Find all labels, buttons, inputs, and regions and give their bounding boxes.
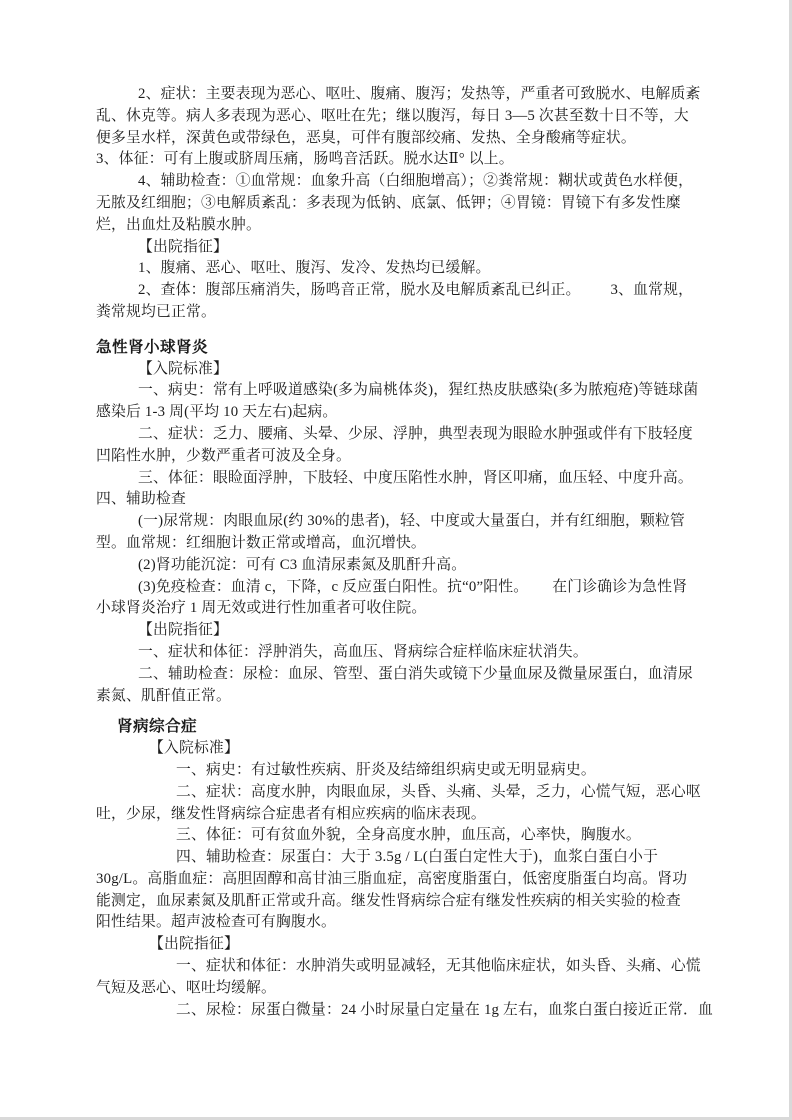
text-run: 四、辅助检查：尿蛋白：大于 3.5g / L(白蛋白定性大于)，血浆白蛋白小于 xyxy=(176,849,658,865)
text-line: 二、症状：乏力、腰痛、头晕、少尿、浮肿，典型表现为眼睑水肿强或伴有下肢轻度 xyxy=(96,424,704,446)
text-line: 三、体征：可有贫血外貌，全身高度水肿，血压高，心率快，胸腹水。 xyxy=(96,825,704,847)
text-run: 3、体征：可有上腹或脐周压痛，肠鸣音活跃。脱水达Ⅱ° 以上。 xyxy=(96,151,514,167)
text-run: 二、症状：高度水肿，肉眼血尿，头昏、头痛、头晕，乏力，心慌气短，恶心呕 xyxy=(176,784,701,800)
text-line: 【入院标准】 xyxy=(96,738,704,760)
text-line: 气短及恶心、呕吐均缓解。 xyxy=(96,978,704,1000)
text-line: 一、病史：有过敏性疾病、肝炎及结缔组织病史或无明显病史。 xyxy=(96,760,704,782)
text-run: (2)肾功能沉淀：可有 C3 血清尿素氮及肌酐升高。 xyxy=(138,557,466,573)
text-line: 便多呈水样，深黄色或带绿色，恶臭，可伴有腹部绞痛、发热、全身酸痛等症状。 xyxy=(96,128,704,150)
text-run: 一、病史：常有上呼吸道感染(多为扁桃体炎)，猩红热皮肤感染(多为脓疱疮)等链球菌 xyxy=(138,382,698,398)
text-line: 1、腹痛、恶心、呕吐、腹泻、发冷、发热均已缓解。 xyxy=(96,258,704,280)
section-heading: 肾病综合症 xyxy=(96,716,704,738)
text-line: 【出院指征】 xyxy=(96,237,704,259)
section-acute-glomerulonephritis: 急性肾小球肾炎【入院标准】一、病史：常有上呼吸道感染(多为扁桃体炎)，猩红热皮肤… xyxy=(96,337,704,708)
text-line: 小球肾炎治疗 1 周无效或进行性加重者可收住院。 xyxy=(96,598,704,620)
text-run: 二、症状：乏力、腰痛、头晕、少尿、浮肿，典型表现为眼睑水肿强或伴有下肢轻度 xyxy=(138,426,693,442)
text-run: 【出院指征】 xyxy=(149,936,239,952)
text-line: 二、辅助检查：尿检：血尿、管型、蛋白消失或镜下少量血尿及微量尿蛋白，血清尿 xyxy=(96,664,704,686)
text-run: 阳性结果。超声波检查可有胸腹水。 xyxy=(96,914,336,930)
text-line: 无脓及红细胞；③电解质紊乱：多表现为低钠、底氯、低钾；④胃镜：胃镜下有多发性糜 xyxy=(96,193,704,215)
text-line: 3、体征：可有上腹或脐周压痛，肠鸣音活跃。脱水达Ⅱ° 以上。 xyxy=(96,149,704,171)
text-line: (2)肾功能沉淀：可有 C3 血清尿素氮及肌酐升高。 xyxy=(96,555,704,577)
text-line: 一、症状和体征：浮肿消失，高血压、肾病综合症样临床症状消失。 xyxy=(96,642,704,664)
text-run: 三、体征：可有贫血外貌，全身高度水肿，血压高，心率快，胸腹水。 xyxy=(176,827,641,843)
text-run: 气短及恶心、呕吐均缓解。 xyxy=(96,980,276,996)
section-heading: 急性肾小球肾炎 xyxy=(96,337,704,359)
text-line: 30g/L。高脂血症：高胆固醇和高甘油三脂血症，高密度脂蛋白，低密度脂蛋白均高。… xyxy=(96,869,704,891)
text-run: 2、查体：腹部压痛消失，肠鸣音正常，脱水及电解质紊乱已纠正。 xyxy=(138,282,581,298)
text-run: 便多呈水样，深黄色或带绿色，恶臭，可伴有腹部绞痛、发热、全身酸痛等症状。 xyxy=(96,130,636,146)
text-line: 一、症状和体征：水肿消失或明显减轻，无其他临床症状，如头昏、头痛、心慌 xyxy=(96,956,704,978)
text-line: 烂，出血灶及粘膜水肿。 xyxy=(96,215,704,237)
section-nephrotic-syndrome: 肾病综合症【入院标准】一、病史：有过敏性疾病、肝炎及结缔组织病史或无明显病史。二… xyxy=(96,716,704,1021)
text-line: 阳性结果。超声波检查可有胸腹水。 xyxy=(96,912,704,934)
text-run: 【出院指征】 xyxy=(138,622,228,638)
text-run: 三、体征：眼睑面浮肿，下肢轻、中度压陷性水肿，肾区叩痛，血压轻、中度升高。 xyxy=(138,470,693,486)
text-line: 四、辅助检查 xyxy=(96,489,704,511)
text-run: 2、症状：主要表现为恶心、呕吐、腹痛、腹泻；发热等，严重者可致脱水、电解质紊 xyxy=(138,86,701,102)
text-run: 二、尿检：尿蛋白微量：24 小时尿量白定量在 1g 左右，血浆白蛋白接近正常．血 xyxy=(176,1002,713,1018)
text-run: 小球肾炎治疗 1 周无效或进行性加重者可收住院。 xyxy=(96,600,426,616)
text-run: 4、辅助检查：①血常规：血象升高（白细胞增高）；②粪常规：糊状或黄色水样便， xyxy=(138,173,693,189)
text-line: 乱、休克等。病人多表现为恶心、呕吐在先；继以腹泻，每日 3—5 次甚至数十日不等… xyxy=(96,106,704,128)
text-run: 乱、休克等。病人多表现为恶心、呕吐在先；继以腹泻，每日 3—5 次甚至数十日不等… xyxy=(96,108,689,124)
section-gastroenteritis-continued: 2、症状：主要表现为恶心、呕吐、腹痛、腹泻；发热等，严重者可致脱水、电解质紊乱、… xyxy=(96,84,704,324)
text-line: 型。血常规：红细胞计数正常或增高，血沉增快。 xyxy=(96,533,704,555)
text-run: 吐，少尿，继发性肾病综合症患者有相应疾病的临床表现。 xyxy=(96,806,486,822)
document-content: 2、症状：主要表现为恶心、呕吐、腹痛、腹泻；发热等，严重者可致脱水、电解质紊乱、… xyxy=(96,84,704,1021)
text-run: 无脓及红细胞；③电解质紊乱：多表现为低钠、底氯、低钾；④胃镜：胃镜下有多发性糜 xyxy=(96,195,681,211)
text-line: 2、查体：腹部压痛消失，肠鸣音正常，脱水及电解质紊乱已纠正。3、血常规， xyxy=(96,280,704,302)
text-run: 能测定，血尿素氮及肌酐正常或升高。继发性肾病综合症有继发性疾病的相关实验的检查 xyxy=(96,893,681,909)
text-run: 1、腹痛、恶心、呕吐、腹泻、发冷、发热均已缓解。 xyxy=(138,260,491,276)
text-line: 二、尿检：尿蛋白微量：24 小时尿量白定量在 1g 左右，血浆白蛋白接近正常．血 xyxy=(96,1000,704,1022)
text-run: 一、症状和体征：水肿消失或明显减轻，无其他临床症状，如头昏、头痛、心慌 xyxy=(176,958,701,974)
text-line: 二、症状：高度水肿，肉眼血尿，头昏、头痛、头晕，乏力，心慌气短，恶心呕 xyxy=(96,782,704,804)
text-line: 吐，少尿，继发性肾病综合症患者有相应疾病的临床表现。 xyxy=(96,804,704,826)
text-run: 感染后 1-3 周(平均 10 天左右)起病。 xyxy=(96,404,337,420)
text-run: 30g/L。高脂血症：高胆固醇和高甘油三脂血症，高密度脂蛋白，低密度脂蛋白均高。… xyxy=(96,871,687,887)
text-line: (一)尿常规：肉眼血尿(约 30%的患者)，轻、中度或大量蛋白，并有红细胞，颗粒… xyxy=(96,511,704,533)
text-run: 四、辅助检查 xyxy=(96,491,186,507)
text-run: 烂，出血灶及粘膜水肿。 xyxy=(96,217,261,233)
text-run: 在门诊确诊为急性肾 xyxy=(552,579,687,595)
text-line: 能测定，血尿素氮及肌酐正常或升高。继发性肾病综合症有继发性疾病的相关实验的检查 xyxy=(96,891,704,913)
text-run: (一)尿常规：肉眼血尿(约 30%的患者)，轻、中度或大量蛋白，并有红细胞，颗粒… xyxy=(138,513,685,529)
text-line: 素氮、肌酐值正常。 xyxy=(96,686,704,708)
text-line: 四、辅助检查：尿蛋白：大于 3.5g / L(白蛋白定性大于)，血浆白蛋白小于 xyxy=(96,847,704,869)
text-run: 二、辅助检查：尿检：血尿、管型、蛋白消失或镜下少量血尿及微量尿蛋白，血清尿 xyxy=(138,666,693,682)
text-run: (3)免疫检查：血清 c，下降，c 反应蛋白阳性。抗“0”阳性。 xyxy=(138,579,528,595)
text-run: 一、症状和体征：浮肿消失，高血压、肾病综合症样临床症状消失。 xyxy=(138,644,588,660)
text-line: (3)免疫检查：血清 c，下降，c 反应蛋白阳性。抗“0”阳性。在门诊确诊为急性… xyxy=(96,577,704,599)
text-line: 【入院标准】 xyxy=(96,359,704,381)
text-line: 【出院指征】 xyxy=(96,620,704,642)
text-line: 三、体征：眼睑面浮肿，下肢轻、中度压陷性水肿，肾区叩痛，血压轻、中度升高。 xyxy=(96,468,704,490)
text-line: 感染后 1-3 周(平均 10 天左右)起病。 xyxy=(96,402,704,424)
text-line: 【出院指征】 xyxy=(96,934,704,956)
text-run: 粪常规均已正常。 xyxy=(96,304,216,320)
text-line: 4、辅助检查：①血常规：血象升高（白细胞增高）；②粪常规：糊状或黄色水样便， xyxy=(96,171,704,193)
text-run: 素氮、肌酐值正常。 xyxy=(96,688,231,704)
text-run: 【出院指征】 xyxy=(138,239,228,255)
text-run: 型。血常规：红细胞计数正常或增高，血沉增快。 xyxy=(96,535,426,551)
text-run: 凹陷性水肿，少数严重者可波及全身。 xyxy=(96,448,351,464)
text-line: 粪常规均已正常。 xyxy=(96,302,704,324)
text-line: 凹陷性水肿，少数严重者可波及全身。 xyxy=(96,446,704,468)
text-run: 【入院标准】 xyxy=(149,740,239,756)
text-run: 3、血常规， xyxy=(611,282,694,298)
text-run: 【入院标准】 xyxy=(138,361,228,377)
text-line: 2、症状：主要表现为恶心、呕吐、腹痛、腹泻；发热等，严重者可致脱水、电解质紊 xyxy=(96,84,704,106)
text-run: 一、病史：有过敏性疾病、肝炎及结缔组织病史或无明显病史。 xyxy=(176,762,596,778)
document-page: 2、症状：主要表现为恶心、呕吐、腹痛、腹泻；发热等，严重者可致脱水、电解质紊乱、… xyxy=(0,0,792,1120)
text-line: 一、病史：常有上呼吸道感染(多为扁桃体炎)，猩红热皮肤感染(多为脓疱疮)等链球菌 xyxy=(96,380,704,402)
